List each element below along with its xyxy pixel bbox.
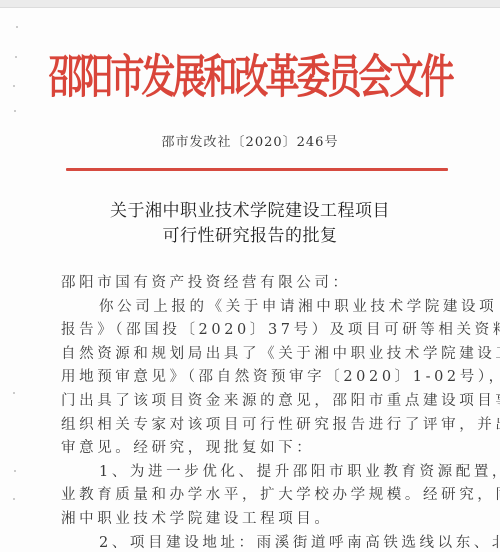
body-line: 组织相关专家对该项目可行性研究报告进行了评审，并出具了评 <box>61 414 451 438</box>
body-line: 你公司上报的《关于申请湘中职业技术学院建设项目立项的 <box>61 296 451 320</box>
body-line: 自然资源和规划局出具了《关于湘中职业技术学院建设工程项目 <box>61 343 451 367</box>
body-line: 业教育质量和办学水平，扩大学校办学规模。经研究，同意实施 <box>61 484 451 508</box>
document-body: 邵阳市国有资产投资经营有限公司： 你公司上报的《关于申请湘中职业技术学院建设项目… <box>61 272 451 552</box>
masthead-title: 邵阳市发展和改革委员会文件 <box>0 40 500 116</box>
recipient-line: 邵阳市国有资产投资经营有限公司： <box>61 272 451 296</box>
body-line: 用地预审意见》（邵自然资预审字〔2020〕1-02号），市财政部 <box>61 366 451 390</box>
scan-artifact <box>16 26 18 28</box>
body-line: 审意见。经研究，现批复如下： <box>61 437 451 461</box>
body-line: 湘中职业技术学院建设工程项目。 <box>61 508 451 532</box>
body-line: 报告》（邵国投〔2020〕37号）及项目可研等相关资料收悉。市 <box>61 319 451 343</box>
body-line: 1、为进一步优化、提升邵阳市职业教育资源配置，提高职 <box>61 461 451 485</box>
body-line: 门出具了该项目资金来源的意见，邵阳市重点建设项目事务中心 <box>61 390 451 414</box>
title-line: 关于湘中职业技术学院建设工程项目 <box>0 199 500 224</box>
body-line: 2、项目建设地址：雨溪街道呼南高铁选线以东、北岭路以 <box>61 532 451 552</box>
viewer-top-strip <box>0 0 500 8</box>
red-divider-line <box>66 168 448 171</box>
scan-artifact <box>13 498 15 500</box>
scan-artifact <box>13 392 15 394</box>
title-line: 可行性研究报告的批复 <box>0 224 500 249</box>
document-title: 关于湘中职业技术学院建设工程项目 可行性研究报告的批复 <box>0 199 500 249</box>
scan-artifact <box>14 470 16 472</box>
document-number: 邵市发改社〔2020〕246号 <box>0 134 500 152</box>
